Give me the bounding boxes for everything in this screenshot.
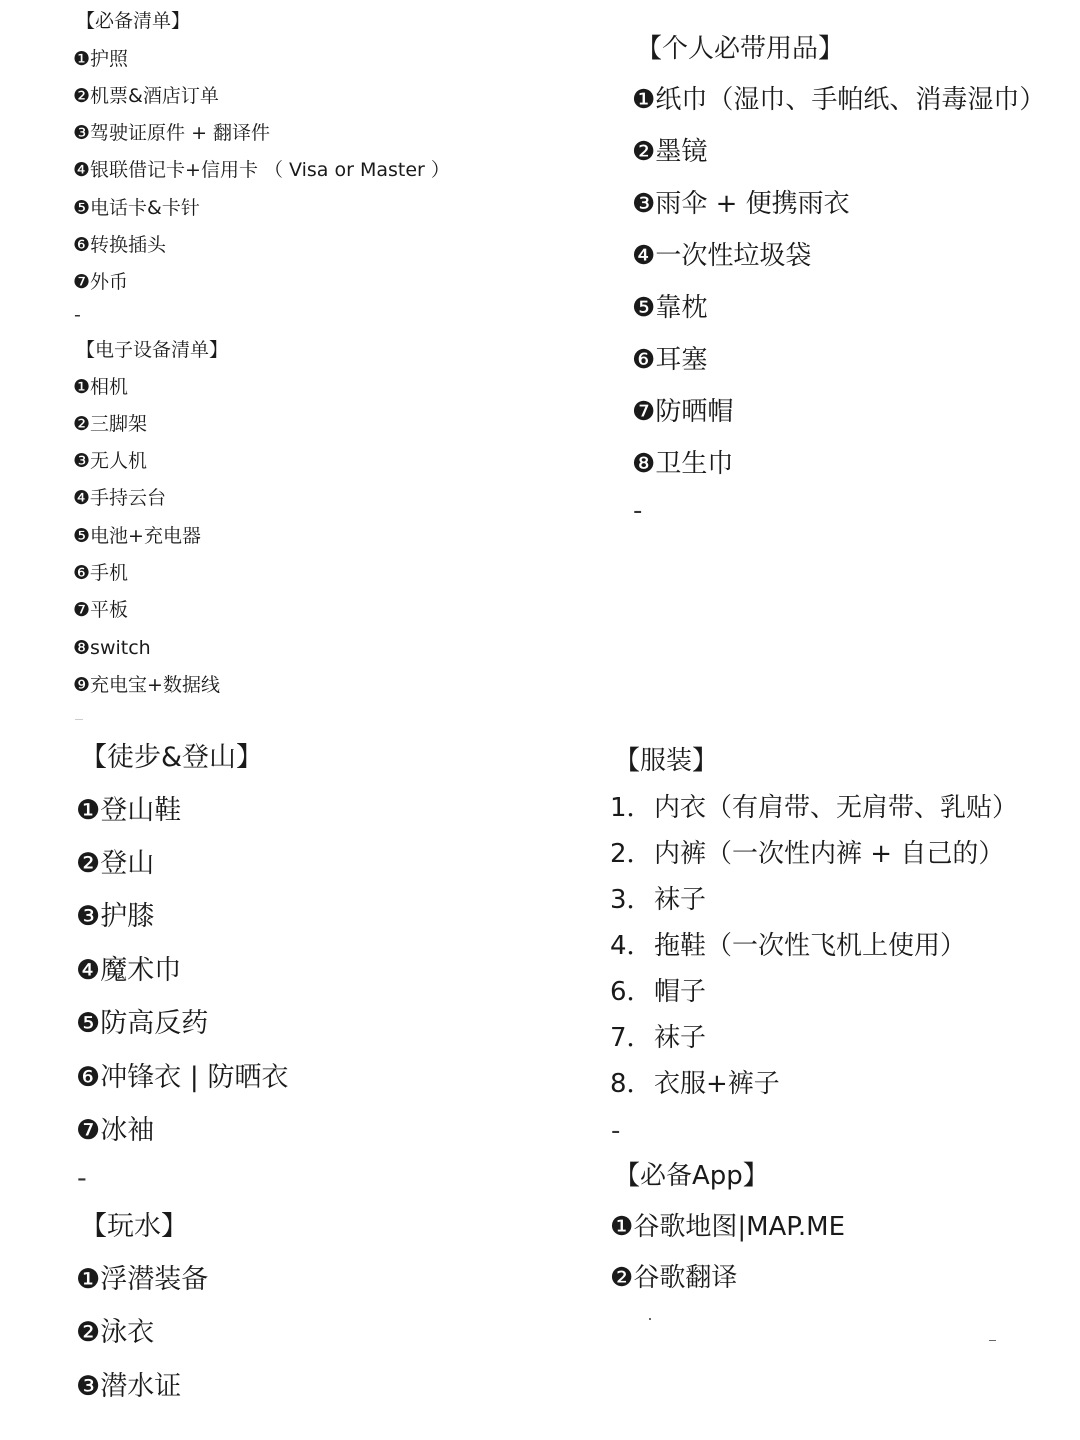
circled-number-icon: ❺ — [73, 527, 90, 546]
list-item: 8．衣服+裤子 — [610, 1071, 780, 1097]
list-item: ❶浮潜装备 — [76, 1266, 208, 1293]
list-item: ❼冰袖 — [76, 1117, 154, 1144]
list-item: 3．袜子 — [610, 887, 706, 913]
list-item: ❽switch — [73, 639, 151, 658]
list-item: ❶登山鞋 — [76, 797, 181, 824]
list-item: ❶相机 — [73, 378, 128, 397]
list-item: ❷谷歌翻译 — [610, 1265, 737, 1291]
circled-number-icon: ❷ — [76, 850, 100, 877]
item-text: 泳衣 — [100, 1317, 154, 1348]
list-item: ❺防高反药 — [76, 1010, 208, 1037]
circled-number-icon: ❽ — [632, 451, 655, 477]
item-number: 7． — [610, 1025, 654, 1051]
apps-heading: 【必备App】 — [614, 1163, 769, 1189]
list-item: ❹手持云台 — [73, 489, 166, 508]
list-item: ❷泳衣 — [76, 1319, 154, 1346]
item-number: 4． — [610, 933, 654, 959]
item-text: 相机 — [90, 376, 128, 398]
list-item: ❸驾驶证原件 + 翻译件 — [73, 124, 270, 143]
item-text: 内衣（有肩带、无肩带、乳贴） — [654, 793, 1018, 823]
electronics-heading: 【电子设备清单】 — [76, 341, 228, 360]
item-text: 防高反药 — [100, 1008, 208, 1039]
list-item: ❶护照 — [73, 50, 128, 69]
circled-number-icon: ❸ — [76, 903, 100, 930]
circled-number-icon: ❷ — [73, 415, 90, 434]
personal-heading: 【个人必带用品】 — [636, 36, 844, 62]
list-item: ❺电池+充电器 — [73, 527, 201, 546]
circled-number-icon: ❻ — [632, 347, 655, 373]
item-text: 登山鞋 — [100, 795, 181, 826]
item-text: 手机 — [90, 562, 128, 584]
circled-number-icon: ❺ — [73, 199, 90, 218]
circled-number-icon: ❽ — [73, 639, 90, 658]
list-item: ❷机票&酒店订单 — [73, 87, 219, 106]
item-text: 机票&酒店订单 — [90, 85, 219, 107]
circled-number-icon: ❼ — [76, 1117, 100, 1144]
list-item: 6．帽子 — [610, 979, 706, 1005]
item-text: 纸巾（湿巾、手帕纸、消毒湿巾） — [655, 85, 1045, 115]
item-text: 银联借记卡+信用卡 （ Visa or Master ） — [90, 159, 450, 181]
circled-number-icon: ❸ — [73, 452, 90, 471]
circled-number-icon: ❻ — [73, 236, 90, 255]
separator-mark — [75, 719, 83, 720]
separator: - — [611, 1118, 620, 1144]
circled-number-icon: ❸ — [76, 1373, 100, 1400]
item-text: 谷歌翻译 — [633, 1263, 737, 1293]
item-number: 6． — [610, 979, 654, 1005]
item-text: 卫生巾 — [655, 449, 733, 479]
item-text: 袜子 — [654, 1023, 706, 1053]
list-item: ❺电话卡&卡针 — [73, 199, 200, 218]
list-item: ❸护膝 — [76, 903, 154, 930]
item-number: 3． — [610, 887, 654, 913]
separator: - — [633, 498, 642, 524]
circled-number-icon: ❻ — [73, 564, 90, 583]
list-item: ❻手机 — [73, 564, 128, 583]
list-item: ❹一次性垃圾袋 — [632, 243, 811, 269]
item-text: 无人机 — [90, 450, 147, 472]
circled-number-icon: ❷ — [73, 87, 90, 106]
item-text: 潜水证 — [100, 1371, 181, 1402]
list-item: ❼防晒帽 — [632, 399, 733, 425]
circled-number-icon: ❶ — [632, 87, 655, 113]
stray-mark — [989, 1340, 996, 1341]
circled-number-icon: ❺ — [632, 295, 655, 321]
list-item: ❷登山 — [76, 850, 154, 877]
list-item: ❷墨镜 — [632, 139, 707, 165]
item-text: 充电宝+数据线 — [90, 674, 220, 696]
list-item: 4．拖鞋（一次性飞机上使用） — [610, 933, 966, 959]
item-text: 雨伞 + 便携雨衣 — [655, 189, 849, 219]
list-item: 7．袜子 — [610, 1025, 706, 1051]
item-text: 外币 — [90, 271, 128, 293]
item-text: switch — [90, 637, 151, 659]
circled-number-icon: ❹ — [76, 957, 100, 984]
item-text: 魔术巾 — [100, 955, 181, 986]
item-text: 手持云台 — [90, 487, 166, 509]
circled-number-icon: ❶ — [76, 797, 100, 824]
separator: - — [74, 306, 81, 325]
item-text: 电话卡&卡针 — [90, 197, 200, 219]
circled-number-icon: ❼ — [632, 399, 655, 425]
circled-number-icon: ❹ — [73, 489, 90, 508]
item-text: 护膝 — [100, 901, 154, 932]
item-number: 2． — [610, 841, 654, 867]
clothing-heading: 【服装】 — [614, 748, 718, 774]
item-text: 内裤（一次性内裤 + 自己的） — [654, 839, 1004, 869]
item-text: 帽子 — [654, 977, 706, 1007]
item-text: 谷歌地图|MAP.ME — [633, 1212, 845, 1242]
item-text: 电池+充电器 — [90, 525, 201, 547]
circled-number-icon: ❷ — [632, 139, 655, 165]
circled-number-icon: ❸ — [73, 124, 90, 143]
item-text: 冲锋衣 | 防晒衣 — [100, 1062, 288, 1093]
list-item: ❺靠枕 — [632, 295, 707, 321]
circled-number-icon: ❶ — [76, 1266, 100, 1293]
circled-number-icon: ❼ — [73, 601, 90, 620]
separator: - — [77, 1165, 87, 1192]
list-item: 2．内裤（一次性内裤 + 自己的） — [610, 841, 1004, 867]
list-item: ❻耳塞 — [632, 347, 707, 373]
item-text: 冰袖 — [100, 1115, 154, 1146]
circled-number-icon: ❷ — [610, 1265, 633, 1291]
item-text: 护照 — [90, 48, 128, 70]
list-item: ❶谷歌地图|MAP.ME — [610, 1214, 845, 1240]
list-item: ❹魔术巾 — [76, 957, 181, 984]
circled-number-icon: ❼ — [73, 273, 90, 292]
item-text: 衣服+裤子 — [654, 1069, 780, 1099]
list-item: ❻转换插头 — [73, 236, 166, 255]
item-text: 浮潜装备 — [100, 1264, 208, 1295]
list-item: ❼外币 — [73, 273, 128, 292]
list-item: 1．内衣（有肩带、无肩带、乳贴） — [610, 795, 1018, 821]
item-text: 转换插头 — [90, 234, 166, 256]
item-text: 墨镜 — [655, 137, 707, 167]
circled-number-icon: ❾ — [73, 676, 90, 695]
hiking-heading: 【徒步&登山】 — [80, 744, 263, 771]
item-text: 一次性垃圾袋 — [655, 241, 811, 271]
list-item: ❼平板 — [73, 601, 128, 620]
list-item: ❾充电宝+数据线 — [73, 676, 220, 695]
circled-number-icon: ❹ — [73, 161, 90, 180]
item-text: 三脚架 — [90, 413, 147, 435]
item-number: 1． — [610, 795, 654, 821]
list-item: ❸雨伞 + 便携雨衣 — [632, 191, 850, 217]
circled-number-icon: ❻ — [76, 1064, 100, 1091]
circled-number-icon: ❷ — [76, 1319, 100, 1346]
list-item: ❸无人机 — [73, 452, 147, 471]
circled-number-icon: ❺ — [76, 1010, 100, 1037]
item-text: 平板 — [90, 599, 128, 621]
item-text: 登山 — [100, 848, 154, 879]
circled-number-icon: ❶ — [73, 378, 90, 397]
water-heading: 【玩水】 — [80, 1213, 188, 1240]
list-item: ❽卫生巾 — [632, 451, 733, 477]
list-item: ❸潜水证 — [76, 1373, 181, 1400]
circled-number-icon: ❸ — [632, 191, 655, 217]
stray-mark — [649, 1318, 651, 1320]
item-text: 靠枕 — [655, 293, 707, 323]
item-text: 袜子 — [654, 885, 706, 915]
circled-number-icon: ❶ — [73, 50, 90, 69]
essentials-heading: 【必备清单】 — [76, 12, 190, 31]
item-number: 8． — [610, 1071, 654, 1097]
list-item: ❶纸巾（湿巾、手帕纸、消毒湿巾） — [632, 87, 1045, 113]
item-text: 耳塞 — [655, 345, 707, 375]
item-text: 拖鞋（一次性飞机上使用） — [654, 931, 966, 961]
item-text: 驾驶证原件 + 翻译件 — [90, 122, 270, 144]
list-item: ❷三脚架 — [73, 415, 147, 434]
circled-number-icon: ❶ — [610, 1214, 633, 1240]
list-item: ❹银联借记卡+信用卡 （ Visa or Master ） — [73, 161, 450, 180]
circled-number-icon: ❹ — [632, 243, 655, 269]
list-item: ❻冲锋衣 | 防晒衣 — [76, 1064, 288, 1091]
item-text: 防晒帽 — [655, 397, 733, 427]
